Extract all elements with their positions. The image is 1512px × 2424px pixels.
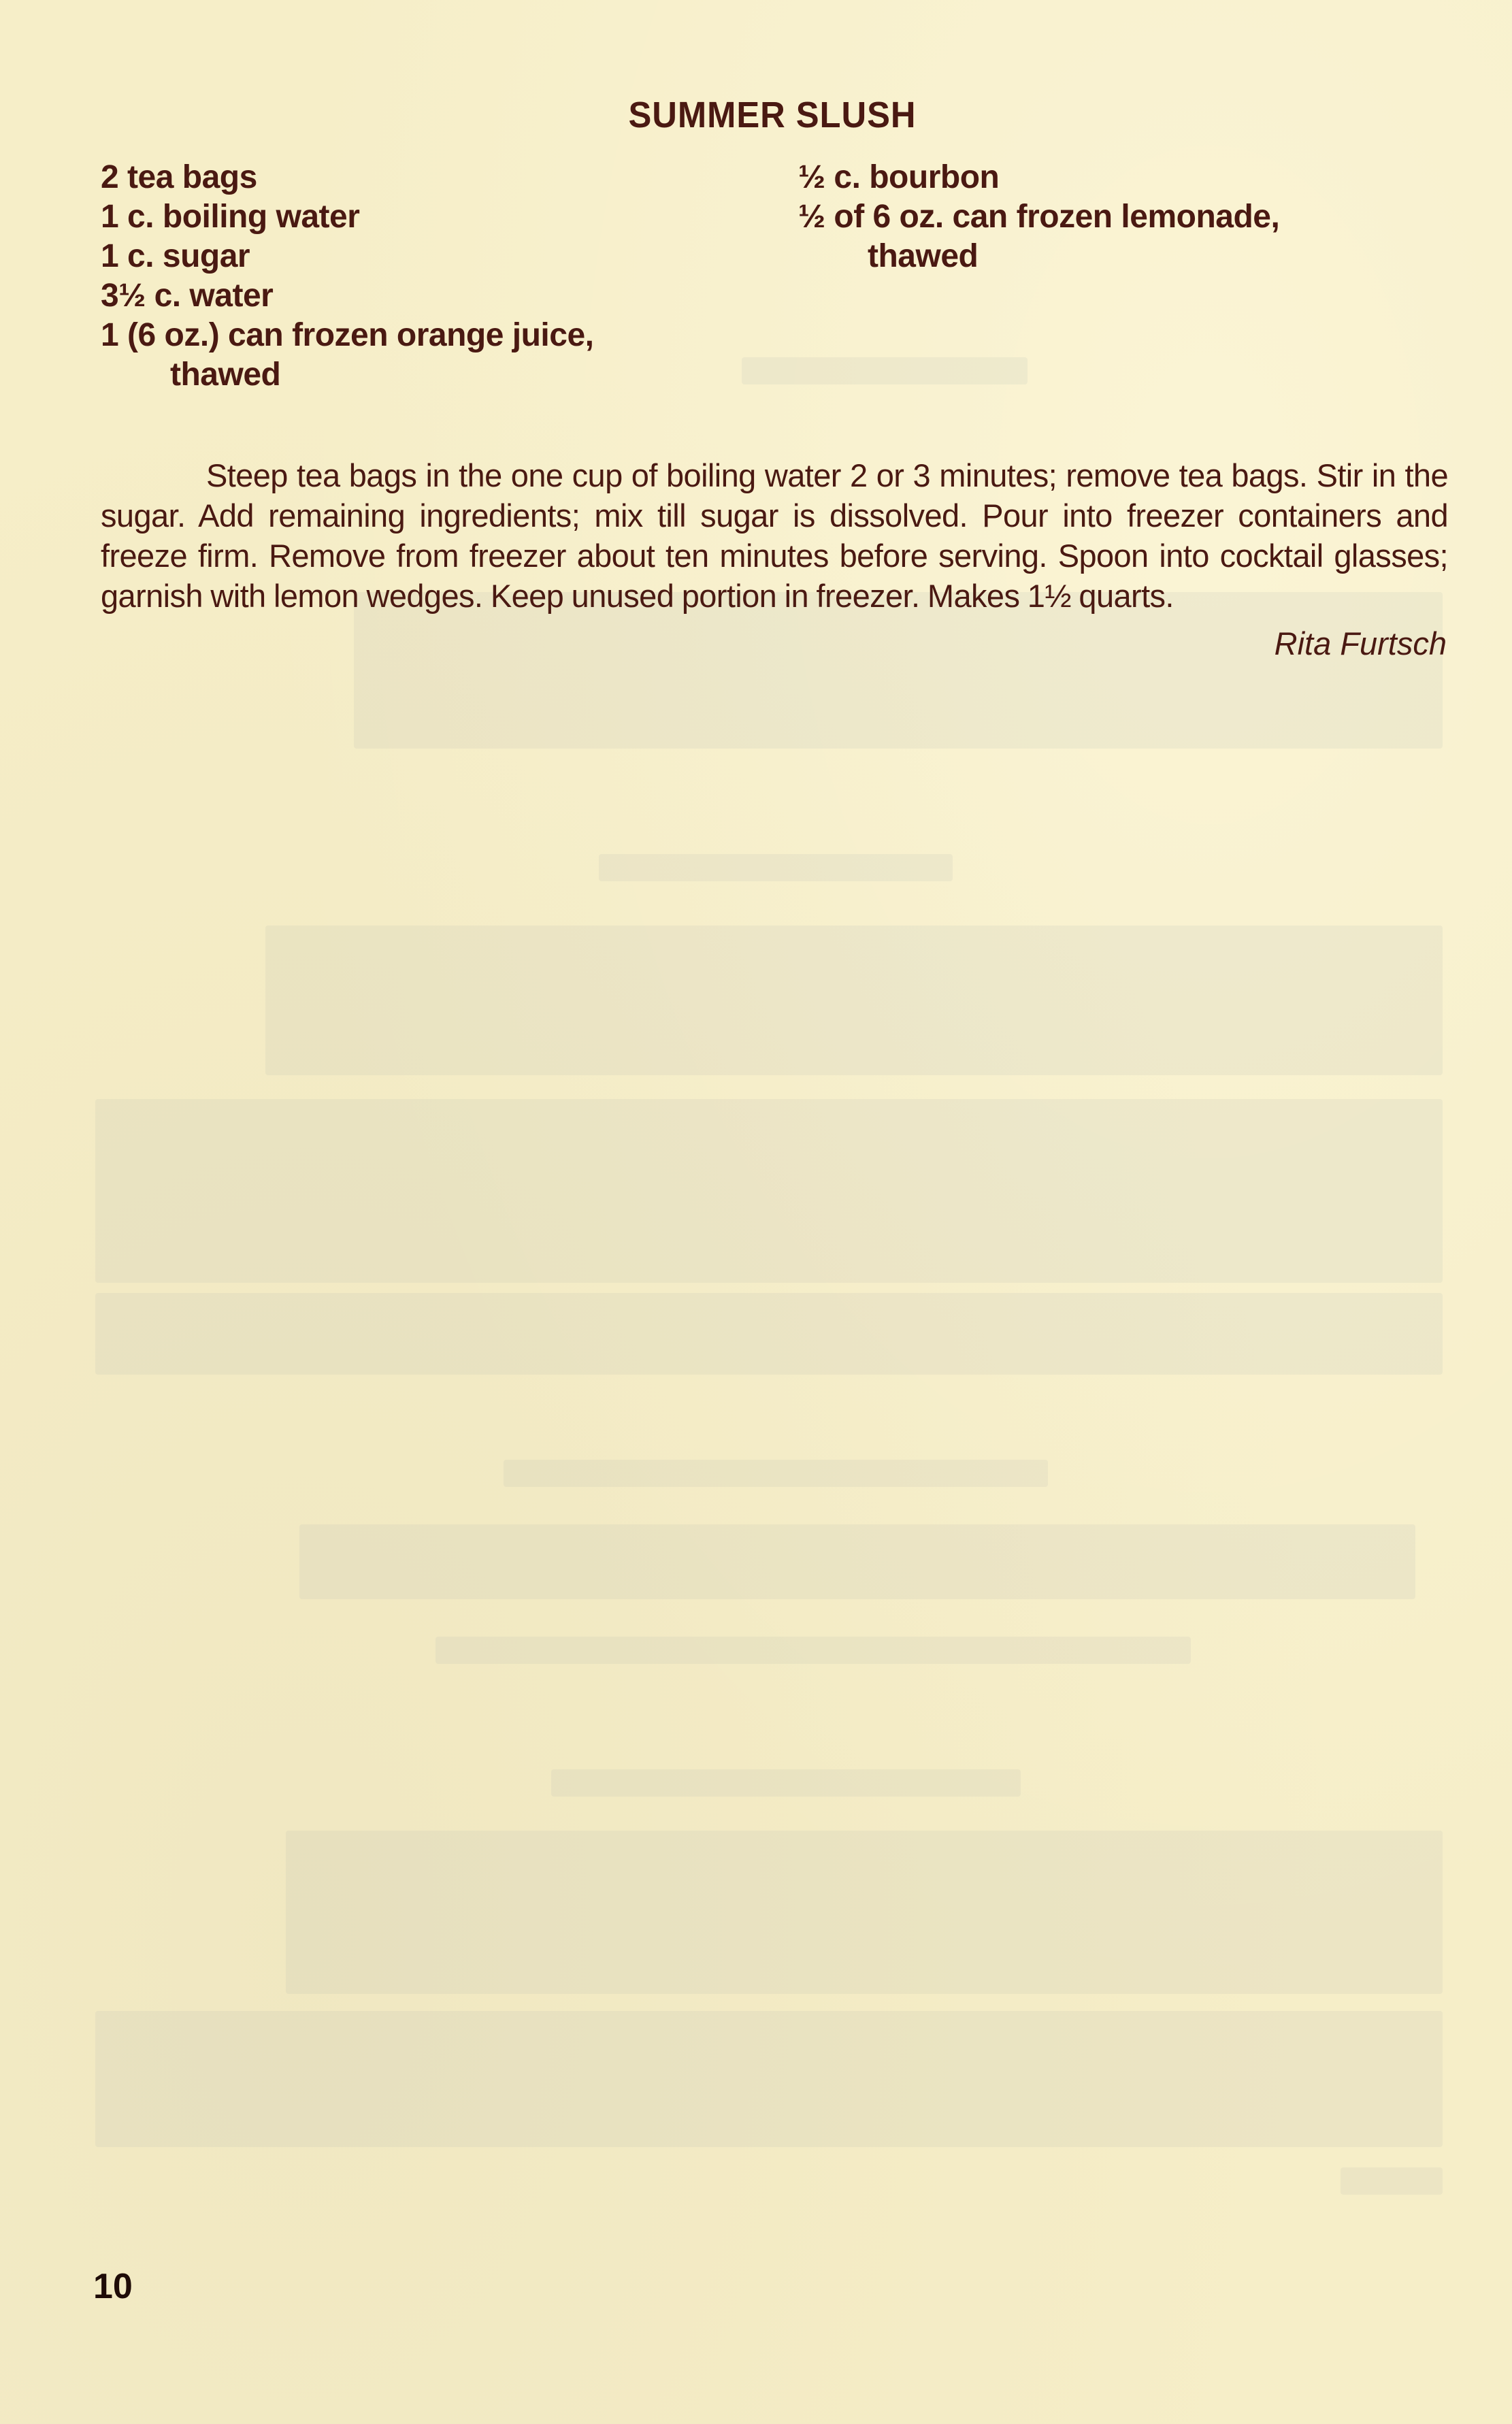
ingredient-item-continuation: thawed bbox=[101, 355, 594, 395]
bleed-through-block bbox=[265, 926, 1443, 1075]
page-number: 10 bbox=[93, 2266, 133, 2307]
bleed-through-block bbox=[95, 2011, 1443, 2147]
ingredients-left-column: 2 tea bags 1 c. boiling water 1 c. sugar… bbox=[101, 158, 594, 395]
bleed-through-heading bbox=[504, 1460, 1048, 1487]
ingredient-item: 1 c. sugar bbox=[101, 237, 594, 276]
bleed-through-block bbox=[299, 1524, 1415, 1599]
ingredient-item: 1 c. boiling water bbox=[101, 197, 594, 237]
ingredient-item: 3½ c. water bbox=[101, 276, 594, 316]
recipe-title-text: SUMMER SLUSH bbox=[628, 94, 916, 136]
ingredients-right-column: ½ c. bourbon ½ of 6 oz. can frozen lemon… bbox=[798, 158, 1279, 276]
bleed-through-heading bbox=[551, 1769, 1021, 1797]
bleed-through-block bbox=[1341, 2167, 1443, 2195]
ingredient-item: ½ c. bourbon bbox=[798, 158, 1279, 197]
bleed-through-block bbox=[286, 1831, 1443, 1994]
recipe-attribution: Rita Furtsch bbox=[1275, 625, 1447, 662]
ingredient-item: 2 tea bags bbox=[101, 158, 594, 197]
recipe-title: SUMMER SLUSH bbox=[46, 94, 1468, 136]
bleed-through-block bbox=[95, 1099, 1443, 1283]
ingredient-item: ½ of 6 oz. can frozen lemonade, bbox=[798, 197, 1279, 237]
cookbook-page: SUMMER SLUSH 2 tea bags 1 c. boiling wat… bbox=[0, 0, 1512, 2424]
bleed-through-block bbox=[435, 1637, 1191, 1664]
bleed-through-heading bbox=[599, 854, 953, 881]
bleed-through-block bbox=[95, 1293, 1443, 1375]
recipe-instructions: Steep tea bags in the one cup of boiling… bbox=[101, 455, 1448, 616]
ingredient-item: 1 (6 oz.) can frozen orange juice, bbox=[101, 316, 594, 355]
ingredient-item-continuation: thawed bbox=[798, 237, 1279, 276]
bleed-through-heading bbox=[742, 357, 1028, 384]
